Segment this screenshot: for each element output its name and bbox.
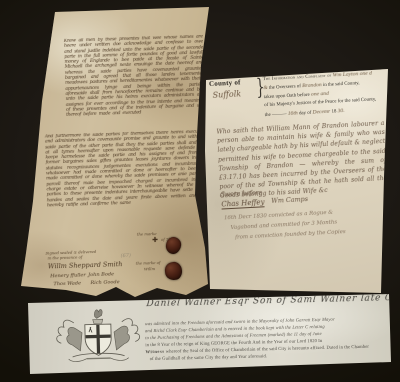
witness-signature-3: John Bode <box>88 271 114 278</box>
strip-content: Daniel Walner Esqr Son of Saml Walner la… <box>26 283 394 376</box>
city-of-london-arms-icon <box>51 305 144 365</box>
photograph-of-three-antique-documents: Know all men by these presentes that wee… <box>0 0 400 382</box>
witness-signature-2: Henery ffuller <box>50 272 86 279</box>
form-line-5-script-a: 16th <box>288 110 298 117</box>
deposition-body-handwritten: Who saith that William Mann of Brandon l… <box>216 119 388 201</box>
freedom-line-7-text: of the Guildhall of the same City the da… <box>150 353 268 361</box>
witness-signature-main: Willm Sheppard Smith <box>48 260 123 270</box>
information-complaint-form: County of Suffolk } The Information and … <box>203 67 391 295</box>
form-line-5-printed-b: day of <box>299 111 312 117</box>
co-signature: Wm Camps <box>271 195 308 205</box>
seal2-label-line-2: Willm <box>144 267 155 272</box>
form-line-2-script-b: Brandon <box>302 82 322 89</box>
form-line-1-script: Wm Layton one d <box>333 70 373 78</box>
pencil-lot-number: (67) <box>121 253 131 259</box>
county-name-handwritten: Suffolk <box>212 89 241 99</box>
manuscript-content: Know all men by these presentes that wee… <box>18 0 224 302</box>
form-line-2-printed-b: in the said County, <box>323 81 360 88</box>
justice-signature: Chas Heffey <box>221 198 265 209</box>
form-line-3: taken upon Oath before one and <box>264 91 329 100</box>
form-content: County of Suffolk } The Information and … <box>202 57 400 295</box>
manuscript-paragraph-2: And furthermore the saide parties for th… <box>45 129 209 233</box>
form-line-1-printed: The Information and Complaint of <box>263 74 332 83</box>
county-of-label: County of <box>209 78 241 88</box>
form-line-5: the ——— 16th day of Decemr 18 30. <box>265 108 345 118</box>
witness-signature-4: Thos Wade <box>53 280 81 287</box>
form-line-2-printed-a: the Overseers of <box>269 84 301 91</box>
form-line-3-script: one and <box>311 91 329 98</box>
form-line-5-printed-c: 18 <box>331 109 336 114</box>
witness-heading-line-2: in the presence of <box>48 255 83 260</box>
mark-cross-glyph: ✚ <box>152 236 158 244</box>
freeman-name-script: Daniel Walner Esqr Son of Saml Walner la… <box>146 293 395 309</box>
freedom-of-city-strip: Daniel Walner Esqr Son of Saml Walner la… <box>27 292 393 376</box>
form-line-2: & the Overseers of Brandon in the said C… <box>263 80 360 91</box>
memo-line-3: from a conviction founded by the Copies <box>235 229 346 241</box>
form-line-3-printed: taken upon Oath before <box>264 93 310 100</box>
form-line-5-dash: ——— <box>272 112 287 118</box>
freedom-line-7: of the Guildhall of the same City the da… <box>150 353 268 361</box>
form-line-2-script-a: & <box>263 85 268 91</box>
manuscript-paragraph-1: Know all men by these presentes that wee… <box>64 34 206 131</box>
manuscript-document: Know all men by these presentes that wee… <box>18 5 215 301</box>
form-line-5-printed-a: the <box>265 113 271 118</box>
witness-word-blackletter: Witness <box>145 349 164 354</box>
form-line-5-script-b: Decemr <box>312 109 330 116</box>
form-line-5-script-c: 30. <box>337 108 344 114</box>
witness-signature-5: Rich Goode <box>90 279 119 286</box>
